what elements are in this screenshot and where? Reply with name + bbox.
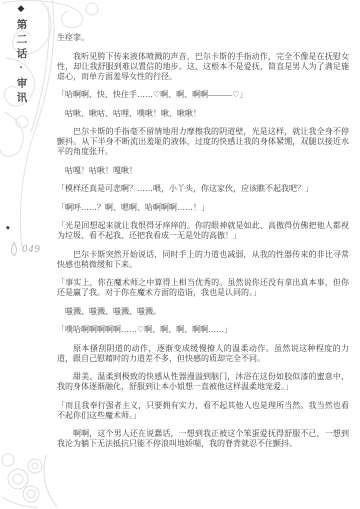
sfx-line: 嗤溅、嗤溅、嗤溅、嗤溅。 bbox=[57, 307, 349, 317]
dialogue-line: 「光是回想起来就让我恨得牙痒痒的。你的眼神就是如此、高傲得仿佛把他人都视为垃圾、… bbox=[57, 221, 349, 241]
page-number: 049 bbox=[8, 242, 41, 257]
bottom-flourish-ornament bbox=[0, 427, 58, 509]
paragraph: 甜美、温柔到极致的快感从性器漫溢到脑门，沐浴在这份如胶似漆的蜜意中，我的身体逐渐… bbox=[57, 372, 349, 392]
body-text: 生痉挛。 我听见胯下传来液体喷溅的声音，巴尔卡斯的手指动作，完全不像是在抚慰女性… bbox=[57, 33, 349, 458]
dialogue-line: 「事实上，你在魔术师之中算得上相当优秀的。虽然说你还没有拿出真本事，但你还是赢了… bbox=[57, 278, 349, 298]
paragraph: 生痉挛。 bbox=[57, 33, 349, 43]
sfx-line: 咕嘎！咕啾！嘎啾！ bbox=[57, 166, 349, 176]
paragraph: 巴尔卡斯的手指毫不留情地用力摩擦我的阴道壁，光是这样，就让我全身不停颤抖。从下半… bbox=[57, 127, 349, 157]
dialogue-line: 「而且我奉行强者主义，只要拥有实力，看不起其他人也是理所当然。我当然也看不起你们… bbox=[57, 401, 349, 421]
dialogue-line: 「模样还真是可悲啊？……喂，小丫头，你这家伙，应该瞧不起我吧？」 bbox=[57, 184, 349, 194]
chapter-marker: ◆ 第二话·审讯 bbox=[11, 5, 31, 107]
paragraph: 啊啊，这个男人还在说蠢话，一想到我正被这个笨蛋爱抚得舒服不已，一想到我沦为躺下无… bbox=[57, 429, 349, 449]
paragraph: 巴尔卡斯突然开始说话，同时手上的力道也减弱，从我的性器传来的非比寻常快感也稍微缓… bbox=[57, 250, 349, 270]
dialogue-line: 「啊呼……？啊、嗯啊、哈啊啊啊……！」 bbox=[57, 203, 349, 213]
page-number-leaf-icon bbox=[8, 242, 20, 257]
small-diamond-icon: ◆ bbox=[6, 225, 10, 231]
sfx-line: 咕啾、啾咕、咕哩、噗啾！啾、啾啾！ bbox=[57, 109, 349, 119]
paragraph: 原本搔刮阴道的动作，逐渐变成缓慢撩人的温柔动作。虽然说这种程度的力道，跟自己慰藉… bbox=[57, 344, 349, 364]
chapter-title: 第二话·审讯 bbox=[14, 19, 29, 107]
book-page: ◆ 第二话·审讯 ◆ 049 生痉挛。 我听见胯下传来液体喷溅的声音，巴尔卡斯的… bbox=[0, 0, 360, 509]
dialogue-line: 「哈啊啊、快、快住手……♡啊、啊、啊啊———♡」 bbox=[57, 90, 349, 100]
dialogue-line: 「噗哈啊啊啊啊啊……♡啊、啊、啊、啊啊……」 bbox=[57, 325, 349, 335]
paragraph: 我听见胯下传来液体喷溅的声音，巴尔卡斯的手指动作，完全不像是在抚慰女性，却让我舒… bbox=[57, 52, 349, 82]
diamond-icon: ◆ bbox=[18, 5, 25, 14]
page-number-label: 049 bbox=[22, 244, 41, 255]
